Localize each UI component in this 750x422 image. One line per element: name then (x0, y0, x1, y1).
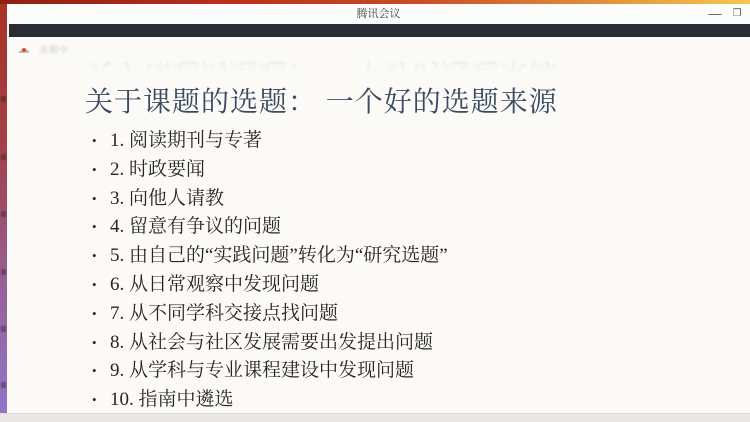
list-item: •5. 由自己的“实践问题”转化为“研究选题” (92, 242, 448, 271)
minimize-button[interactable]: — (706, 4, 724, 24)
list-item-text: 7. 从不同学科交接点找问题 (110, 303, 338, 324)
bullet-icon: • (92, 357, 110, 386)
list-item-text: 8. 从社会与社区发展需要出发提出问题 (110, 332, 433, 353)
list-item: •8. 从社会与社区发展需要出发提出问题 (92, 329, 448, 358)
list-item: •7. 从不同学科交接点找问题 (92, 300, 448, 329)
shared-slide: ☁ 录制中 关于课题的选题： 一个好的选题来源 关于课题的选题： 一个好的选题来… (7, 37, 750, 414)
window-title: 腾讯会议 (7, 4, 750, 24)
left-strip-mark (1, 326, 6, 332)
left-strip-mark (1, 269, 6, 275)
bullet-icon: • (92, 329, 110, 358)
list-item: •10. 指南中遴选 (92, 386, 448, 415)
list-item-text: 1. 阅读期刊与专著 (110, 130, 262, 151)
left-strip-mark (1, 211, 6, 217)
list-item: •4. 留意有争议的问题 (92, 213, 448, 242)
slide-bullet-list: •1. 阅读期刊与专著 •2. 时政要闻 •3. 向他人请教 •4. 留意有争议… (92, 127, 448, 415)
left-strip-mark (1, 96, 6, 102)
maximize-button[interactable]: ❐ (728, 4, 746, 24)
bullet-icon: • (92, 271, 110, 300)
bullet-icon: • (92, 185, 110, 214)
list-item: •2. 时政要闻 (92, 156, 448, 185)
list-item: •9. 从学科与专业课程建设中发现问题 (92, 357, 448, 386)
list-item: •3. 向他人请教 (92, 185, 448, 214)
record-dot-icon (22, 48, 26, 52)
left-strip-mark (1, 154, 6, 160)
list-item-text: 10. 指南中遴选 (110, 389, 234, 410)
bottom-edge-strip (0, 413, 750, 422)
bullet-icon: • (92, 242, 110, 271)
slide-title-reflection: 关于课题的选题： 一个好的选题来源 (85, 55, 558, 95)
bullet-icon: • (92, 386, 110, 415)
list-item-text: 6. 从日常观察中发现问题 (110, 274, 319, 295)
list-item-text: 9. 从学科与专业课程建设中发现问题 (110, 360, 414, 381)
recording-status-text: 录制中 (39, 43, 69, 56)
meeting-window-titlebar[interactable]: 腾讯会议 — ❐ (7, 4, 750, 25)
bullet-icon: • (92, 127, 110, 156)
list-item-text: 3. 向他人请教 (110, 188, 224, 209)
bullet-icon: • (92, 213, 110, 242)
list-item: •1. 阅读期刊与专著 (92, 127, 448, 156)
bullet-icon: • (92, 156, 110, 185)
list-item-text: 4. 留意有争议的问题 (110, 216, 281, 237)
shared-screen-dark-bar (9, 24, 750, 37)
desktop-left-gradient-strip (0, 4, 7, 415)
cloud-recording-indicator: ☁ 录制中 (17, 42, 69, 56)
list-item-text: 5. 由自己的“实践问题”转化为“研究选题” (110, 245, 448, 266)
bullet-icon: • (92, 300, 110, 329)
list-item-text: 2. 时政要闻 (110, 159, 205, 180)
list-item: •6. 从日常观察中发现问题 (92, 271, 448, 300)
left-strip-mark (1, 382, 6, 388)
